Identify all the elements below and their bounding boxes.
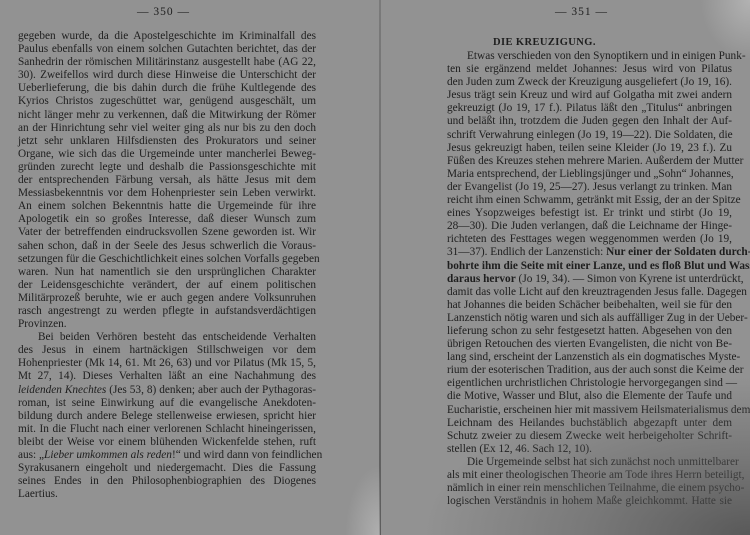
text-line: ten sie ergänzend meldet Johannes: Jesus… xyxy=(447,63,732,76)
text-line: waren. Nun hat namentlich sie den ursprü… xyxy=(18,266,316,279)
text-line: seines Endes in den Philosophenbiographi… xyxy=(18,475,316,488)
text-line: Sanhedrin der römischen Militärinstanz a… xyxy=(18,56,316,69)
text-line: lang sind, erscheint der Lanzenstich als… xyxy=(447,351,732,364)
left-page: — 350 — gegeben wurde, da die Apostelges… xyxy=(0,0,380,535)
text-line: Ueberlieferung, die bis dahin durch die … xyxy=(18,82,316,95)
text-line: eigentlichen urchristlichen Christologie… xyxy=(447,377,732,390)
text-line: an der Hinrichtung sehr viel weiter ging… xyxy=(18,122,316,135)
right-page-text: Etwas verschieden von den Synoptikern un… xyxy=(447,50,732,508)
text-line: der Leidensgeschichte verändert, der auf… xyxy=(18,279,316,292)
page-number-right: — 351 — xyxy=(555,6,608,18)
text-line: Jesus trägt sein Kreuz und wird auf Golg… xyxy=(447,89,732,102)
text-line: schrift Verwahrung einlegen (Jo 19, 19—2… xyxy=(447,129,732,142)
text-line: bohrte ihm die Seite mit einer Lanze, un… xyxy=(447,260,732,273)
text-line: gegeben wurde, da die Apostelgeschichte … xyxy=(18,30,316,43)
text-line: Mt 27, 14). Dieses Verhalten läßt an ein… xyxy=(18,370,316,383)
left-page-text: gegeben wurde, da die Apostelgeschichte … xyxy=(18,30,316,501)
bold-quote: Nur einer der Soldaten durch- xyxy=(606,246,750,258)
text-line: die Motive, Wasser und Blut, also die El… xyxy=(447,390,732,403)
chapter-heading: DIE KREUZIGUNG. xyxy=(493,37,596,48)
text-line: Kyrios Christos zugeschüttet war, genüge… xyxy=(18,95,316,108)
text-line: Leichnam des Heilandes buchstäblich abge… xyxy=(447,417,732,430)
text-line: übrigen Retouchen des vierten Evangelist… xyxy=(447,338,732,351)
text-line: der entsprechenden Färbung versah, als h… xyxy=(18,174,316,187)
text-line: als mit einer theologischen Theorie am T… xyxy=(447,469,732,482)
text-line: daraus hervor (Jo 19, 34). — Simon von K… xyxy=(447,273,732,286)
text-line: leidenden Knechtes (Jes 53, 8) denken; a… xyxy=(18,384,316,397)
bold-quote: daraus hervor xyxy=(447,273,516,285)
text-line: 30). Zweifellos wird durch diese Hinweis… xyxy=(18,69,316,82)
text-line: 31—37). Endlich der Lanzenstich: Nur ein… xyxy=(447,246,732,259)
text-line: nicht länger mehr zu verkennen, daß die … xyxy=(18,109,316,122)
text-line: Bei beiden Verhören besteht das entschei… xyxy=(18,331,316,344)
text-line: Organe, wie sich das die Urgemeinde unte… xyxy=(18,148,316,161)
text-line: Messiasbekenntnis vor dem Hohenpriester … xyxy=(18,187,316,200)
text-line: hat Johannes die beiden Schächer beibeha… xyxy=(447,299,732,312)
text-line: Hohenpriester (Mk 14, 61. Mt 26, 63) und… xyxy=(18,357,316,370)
text-line: damit das volle Licht auf den kreuztrage… xyxy=(447,286,732,299)
text-line: Maria entsprechend, der Lieblingsjünger … xyxy=(447,168,732,181)
text-line: jetzt sehr unklaren Hilfsdiensten des Pr… xyxy=(18,135,316,148)
text-line: Füßen des Kreuzes stehen mehrere Marien.… xyxy=(447,155,732,168)
italic-quote: Lieber umkommen als reden xyxy=(44,449,172,461)
text-line: Militärprozeß beruhte, wie er auch gegen… xyxy=(18,292,316,305)
text-line: Paulus ebenfalls von einem solchen Gutac… xyxy=(18,43,316,56)
text-line: richteten des Festtages wegen weggenomme… xyxy=(447,233,732,246)
text-line: Provinzen. xyxy=(18,318,316,331)
italic-phrase: leidenden Knechtes xyxy=(18,384,106,396)
text-line: Laertius. xyxy=(18,488,316,501)
text-line: der Evangelist (Jo 19, 25—27). Jesus ver… xyxy=(447,181,732,194)
text-line: reicht ihm einen Schwamm, getränkt mit E… xyxy=(447,194,732,207)
text-line: mit. In die Flucht nach einer verlorenen… xyxy=(18,423,316,436)
text-line: Syrakusanern eingeholt und niedergemacht… xyxy=(18,462,316,475)
text-line: Eucharistie, erscheinen hier mit massive… xyxy=(447,404,732,417)
book-spread: — 350 — gegeben wurde, da die Apostelges… xyxy=(0,0,750,535)
text-line: stellen (Ex 12, 46. Sach 12, 10). xyxy=(447,443,732,456)
text-line: bildung durch andere Belege stellenweise… xyxy=(18,410,316,423)
text-line: roman, ist seine Einwirkung auf die evan… xyxy=(18,397,316,410)
text-line: Jesus gekreuzigt haben, teilen seine Kle… xyxy=(447,142,732,155)
text-line: aus: „Lieber umkommen als reden!“ und wi… xyxy=(18,449,316,462)
text-line: 28—30). Die Juden verlangen, daß die Lei… xyxy=(447,220,732,233)
text-line: gründen zurecht legte und deshalb die Pa… xyxy=(18,161,316,174)
text-line: und beläßt ihn, trotzdem die Juden gegen… xyxy=(447,115,732,128)
text-line: Die Urgemeinde selbst hat sich zunächst … xyxy=(447,456,732,469)
page-number-left: — 350 — xyxy=(137,6,190,18)
text-line: sahen schon, daß in der Seele des Jesus … xyxy=(18,240,316,253)
right-page: — 351 — DIE KREUZIGUNG. Etwas verschiede… xyxy=(381,0,750,535)
text-line: Vater der betreffenden eindrucksvollen S… xyxy=(18,226,316,239)
text-line: Schutz zweier zu diesem Zwecke weit herb… xyxy=(447,430,732,443)
text-line: lieferung schon zu sehr festgesetzt hatt… xyxy=(447,325,732,338)
text-line: Etwas verschieden von den Synoptikern un… xyxy=(447,50,732,63)
text-line: nämlich in einer rein menschlichen Teiln… xyxy=(447,482,732,495)
text-line: Apologetik ein so großes Interesse, daß … xyxy=(18,213,316,226)
text-line: rasch angestrengt zu werden pflegte in a… xyxy=(18,305,316,318)
text-line: rium der esoterischen Tradition, aus der… xyxy=(447,364,732,377)
bold-quote: bohrte ihm die Seite mit einer Lanze, un… xyxy=(447,260,750,272)
text-line: setzungen für die Geschichtlichkeit eine… xyxy=(18,253,316,266)
text-line: logischen Verständnis in hohem Maße glei… xyxy=(447,495,732,508)
text-line: gekreuzigt (Jo 19, 17 f.). Pilatus läßt … xyxy=(447,102,732,115)
text-line: Lanzenstich nötig waren und sich als auf… xyxy=(447,312,732,325)
text-line: den Juden zum Zweck der Kreuzigung ausge… xyxy=(447,76,732,89)
text-line: bleibt der Weise vor einem blühenden Wic… xyxy=(18,436,316,449)
text-line: An einem solchen Bekenntnis hatte die Ur… xyxy=(18,200,316,213)
text-line: des Jesus in einem hartnäckigen Stillsch… xyxy=(18,344,316,357)
text-line: eines Ysopzweiges befestigt ist. Er trin… xyxy=(447,207,732,220)
